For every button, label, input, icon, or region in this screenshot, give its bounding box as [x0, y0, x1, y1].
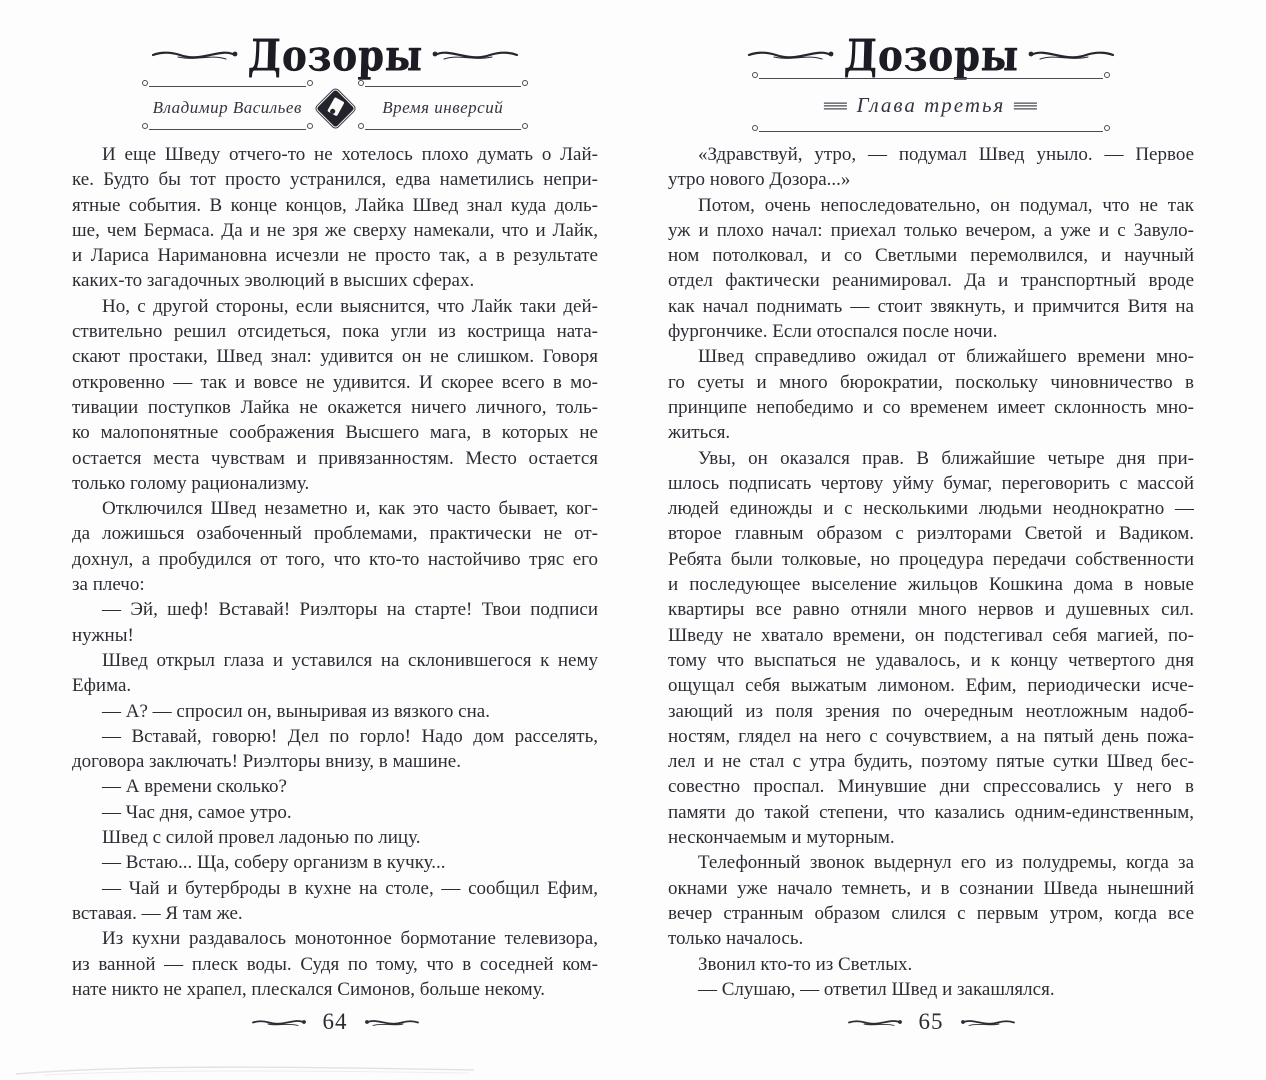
ornate-rule	[759, 78, 1103, 79]
page-curl-artifact	[14, 1060, 484, 1076]
text-line: И еще Шведу отчего-то не хотелось плохо …	[72, 142, 598, 167]
text-line: памяти до такой степени, что казались од…	[668, 800, 1194, 825]
text-line: нескончаемым и муторным.	[668, 825, 1194, 850]
text-line: и последующее выселение жильцов Кошкина …	[668, 572, 1194, 597]
chapter-header-frame: ≡ Глава третья ≡	[755, 76, 1107, 134]
author-name: Владимир Васильев	[153, 98, 302, 118]
ornate-rule	[149, 129, 306, 130]
text-line: ке. Будто бы тот просто устранился, едва…	[72, 167, 598, 192]
paragraph: Телефонный звонок выдернул его из полудр…	[668, 850, 1194, 951]
text-line: ощущал себя выжатым лимоном. Ефим, перио…	[668, 673, 1194, 698]
ornate-rule	[365, 86, 522, 87]
paragraph: Звонил кто-то из Светлых.	[668, 952, 1194, 977]
text-line: житься.	[668, 420, 1194, 445]
text-line: Ребята были толковые, но процедура перед…	[668, 547, 1194, 572]
diamond-card-icon	[316, 89, 354, 127]
text-line: скают простаки, Швед знал: удивится он н…	[72, 344, 598, 369]
book-title: Время инверсий	[382, 98, 503, 118]
text-line: да ложишься озабоченный проблемами, прак…	[72, 521, 598, 546]
text-line: нате никто не храпел, плескался Симонов,…	[72, 977, 598, 1002]
text-line: — Чай и бутерброды в кухне на столе, — с…	[72, 876, 598, 901]
text-line: Из кухни раздавалось монотонное бормотан…	[72, 926, 598, 951]
ornate-rule	[759, 131, 1103, 132]
paragraph: — Слушаю, — ответил Швед и закашлялся.	[668, 977, 1194, 1002]
text-line: Ефима.	[72, 673, 598, 698]
text-line: «Здравствуй, утро, — подумал Швед уныло.…	[668, 142, 1194, 167]
text-line: квартиры все равно отняли много нервов и…	[668, 597, 1194, 622]
triple-bar-icon: ≡	[821, 96, 852, 115]
paragraph: Швед с силой провел ладонью по лицу.	[72, 825, 598, 850]
text-line: лел и не стал с утра будить, поэтому пят…	[668, 749, 1194, 774]
paragraph: — Чай и бутерброды в кухне на столе, — с…	[72, 876, 598, 927]
pagenum-flourish-icon	[960, 1016, 1016, 1029]
text-line: уж и плохо начал: приехал только вечером…	[668, 218, 1194, 243]
text-line: — А времени сколько?	[72, 774, 598, 799]
text-line: фургончике. Если отоспался после ночи.	[668, 319, 1194, 344]
text-line: отдел фактически реанимировал. Да и тран…	[668, 268, 1194, 293]
book-logo: Дозоры	[247, 29, 423, 81]
left-page-footer: 64	[72, 1006, 598, 1038]
text-line: ствительно решил отсидеться, пока угли и…	[72, 319, 598, 344]
text-line: Но, с другой стороны, если выяснится, чт…	[72, 294, 598, 319]
book-logo: Дозоры	[843, 29, 1019, 81]
text-line: второе главным образом с риэлторами Свет…	[668, 521, 1194, 546]
text-line: шлось подписать чертову уйму бумаг, пере…	[668, 471, 1194, 496]
right-page: Дозоры ≡ Глава третья ≡ «Здравствуй, утр…	[668, 0, 1194, 1080]
text-line: ше, чем Бермаса. Да и не зря же сверху н…	[72, 218, 598, 243]
text-line: — Вставай, говорю! Дел по горло! Надо до…	[72, 724, 598, 749]
paragraph: — Эй, шеф! Вставай! Риэлторы на старте! …	[72, 597, 598, 648]
text-line: Шведу не хватало времени, он подстегивал…	[668, 623, 1194, 648]
text-line: нужны!	[72, 623, 598, 648]
text-line: Отключился Швед незаметно и, как это час…	[72, 496, 598, 521]
author-cell: Владимир Васильев	[145, 84, 310, 132]
text-line: — Час дня, самое утро.	[72, 800, 598, 825]
ornate-rule	[365, 129, 522, 130]
text-line: го суеты и много бюрократии, поскольку ч…	[668, 370, 1194, 395]
text-line: вечер странным образом слился с первым у…	[668, 901, 1194, 926]
text-line: окнами уже начало темнеть, и в сознании …	[668, 876, 1194, 901]
pagenum-flourish-icon	[251, 1016, 307, 1029]
swash-flourish-icon	[150, 45, 238, 65]
text-line: ном потолковал, и со Светлыми перемолвил…	[668, 243, 1194, 268]
paragraph: И еще Шведу отчего-то не хотелось плохо …	[72, 142, 598, 294]
left-page-text: И еще Шведу отчего-то не хотелось плохо …	[72, 142, 598, 1002]
text-line: зающий из поля зрения по очередным неотл…	[668, 699, 1194, 724]
paragraph: Отключился Швед незаметно и, как это час…	[72, 496, 598, 597]
text-line: — А? — спросил он, выныривая из вязкого …	[72, 699, 598, 724]
text-line: тивации поступков Лайка не окажется ниче…	[72, 395, 598, 420]
text-line: вставая. — Я там же.	[72, 901, 598, 926]
text-line: Потом, очень непоследовательно, он подум…	[668, 193, 1194, 218]
chapter-title: Глава третья	[857, 93, 1006, 118]
paragraph: — Час дня, самое утро.	[72, 800, 598, 825]
text-line: и Лариса Наримановна исчезли не просто т…	[72, 243, 598, 268]
text-line: — Встаю... Ща, соберу организм в кучку..…	[72, 850, 598, 875]
text-line: Увы, он оказался прав. В ближайшие четыр…	[668, 446, 1194, 471]
text-line: дохнул, а пробудился от того, что кто-то…	[72, 547, 598, 572]
text-line: ятные события. В конце концов, Лайка Шве…	[72, 193, 598, 218]
text-line: принципе непобедимо и со временем имеет …	[668, 395, 1194, 420]
paragraph: Из кухни раздавалось монотонное бормотан…	[72, 926, 598, 1002]
text-line: остается места чувствам и привязанностям…	[72, 446, 598, 471]
pagenum-flourish-icon	[364, 1016, 420, 1029]
left-running-head: Дозоры	[72, 26, 598, 84]
text-line: ностям, глядел на него с сочувствием, а …	[668, 724, 1194, 749]
right-page-footer: 65	[668, 1006, 1194, 1038]
text-line: Швед открыл глаза и уставился на склонив…	[72, 648, 598, 673]
text-line: Телефонный звонок выдернул его из полудр…	[668, 850, 1194, 875]
text-line: из ванной — плеск воды. Судя по тому, чт…	[72, 952, 598, 977]
text-line: как начал поднимать — стоит звякнуть, и …	[668, 294, 1194, 319]
paragraph: — Встаю... Ща, соберу организм в кучку..…	[72, 850, 598, 875]
page-number: 65	[919, 1009, 944, 1035]
text-line: — Слушаю, — ответил Швед и закашлялся.	[668, 977, 1194, 1002]
left-page-header-bar: Владимир Васильев Время инверсий	[145, 84, 525, 132]
ornate-rule	[149, 86, 306, 87]
text-line: только началось.	[668, 926, 1194, 951]
paragraph: Потом, очень непоследовательно, он подум…	[668, 193, 1194, 345]
text-line: ко малопонятные соображения Высшего мага…	[72, 420, 598, 445]
right-page-text: «Здравствуй, утро, — подумал Швед уныло.…	[668, 142, 1194, 1002]
text-line: каких-то загадочных эволюций в высших сф…	[72, 268, 598, 293]
swash-flourish-icon	[432, 45, 520, 65]
triple-bar-icon: ≡	[1011, 96, 1042, 115]
text-line: совестно проспал. Минувшие дни спрессова…	[668, 774, 1194, 799]
text-line: договора заключать! Риэлторы внизу, в ма…	[72, 749, 598, 774]
paragraph: — А? — спросил он, выныривая из вязкого …	[72, 699, 598, 724]
swash-flourish-icon	[1028, 45, 1116, 65]
text-line: откровенно — так и вовсе не удивится. И …	[72, 370, 598, 395]
paragraph: Но, с другой стороны, если выяснится, чт…	[72, 294, 598, 496]
paragraph: «Здравствуй, утро, — подумал Швед уныло.…	[668, 142, 1194, 193]
text-line: — Эй, шеф! Вставай! Риэлторы на старте! …	[72, 597, 598, 622]
swash-flourish-icon	[746, 45, 834, 65]
page-number: 64	[323, 1009, 348, 1035]
paragraph: Увы, он оказался прав. В ближайшие четыр…	[668, 446, 1194, 851]
left-page: Дозоры Владимир Васильев Время инверсий …	[72, 0, 598, 1080]
paragraph: Швед справедливо ожидал от ближайшего вр…	[668, 344, 1194, 445]
pagenum-flourish-icon	[847, 1016, 903, 1029]
paragraph: — А времени сколько?	[72, 774, 598, 799]
text-line: Швед с силой провел ладонью по лицу.	[72, 825, 598, 850]
text-line: только голому рационализму.	[72, 471, 598, 496]
text-line: Звонил кто-то из Светлых.	[668, 952, 1194, 977]
text-line: утро нового Дозора...»	[668, 167, 1194, 192]
title-cell: Время инверсий	[361, 84, 526, 132]
text-line: тому что выспаться не удавалось, и к кон…	[668, 648, 1194, 673]
book-spread: Дозоры Владимир Васильев Время инверсий …	[0, 0, 1266, 1080]
text-line: за плечо:	[72, 572, 598, 597]
text-line: людей единожды и с несколькими людьми не…	[668, 496, 1194, 521]
paragraph: — Вставай, говорю! Дел по горло! Надо до…	[72, 724, 598, 775]
paragraph: Швед открыл глаза и уставился на склонив…	[72, 648, 598, 699]
text-line: Швед справедливо ожидал от ближайшего вр…	[668, 344, 1194, 369]
